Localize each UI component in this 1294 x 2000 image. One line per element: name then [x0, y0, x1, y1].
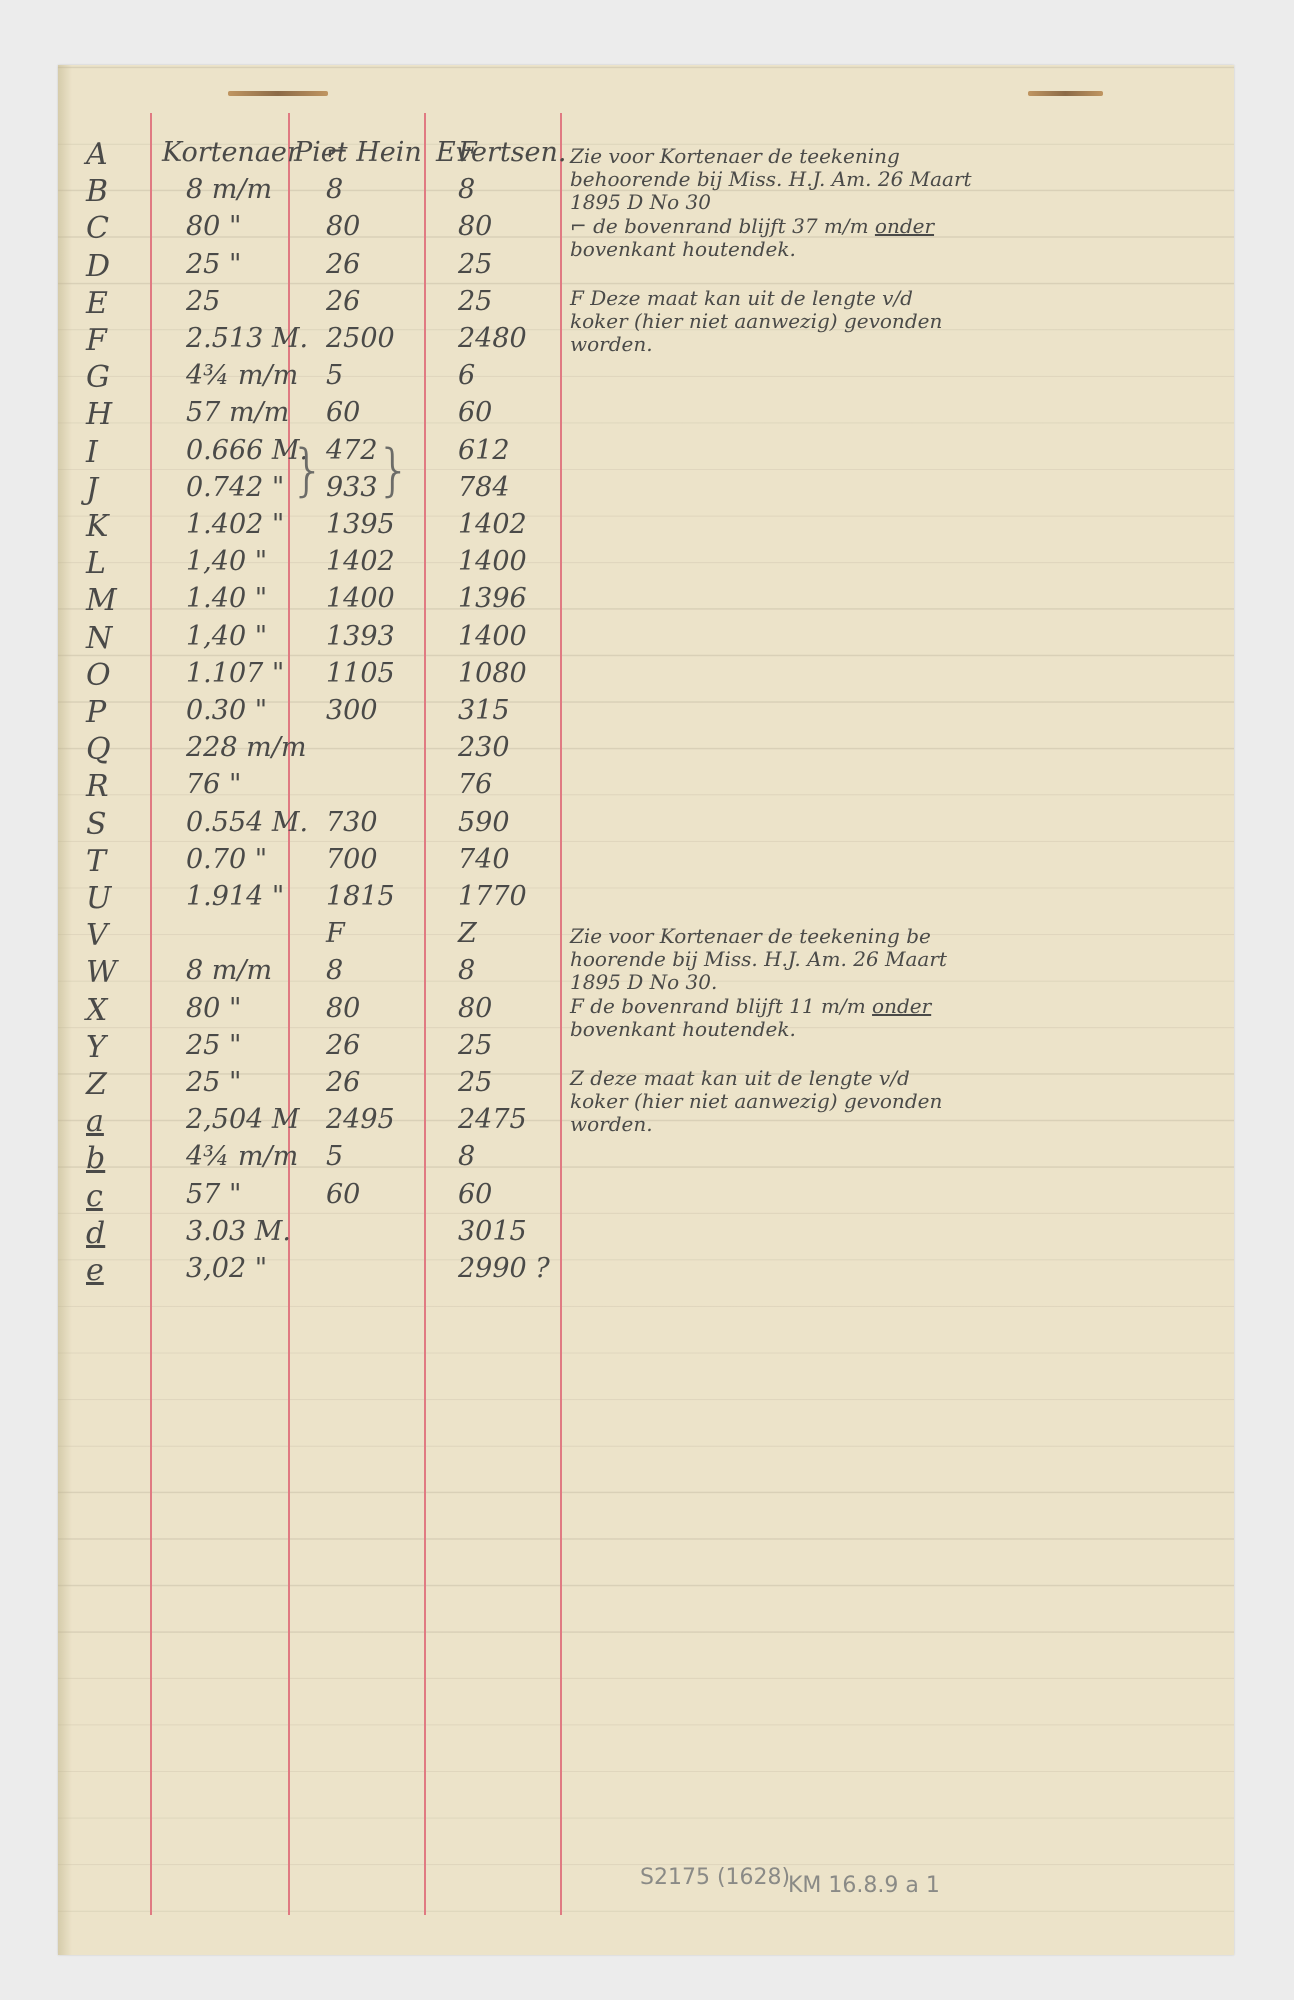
cell-evertsen: 784 — [458, 472, 510, 503]
cell-evertsen: 612 — [458, 435, 510, 466]
cell-evertsen: 1402 — [458, 509, 527, 540]
cell-piet-hein: 700 — [326, 844, 378, 875]
cell-piet-hein: ⌐ — [326, 137, 349, 168]
cell-piet-hein: 1395 — [326, 509, 395, 540]
cell-kortenaer: 80 " — [186, 993, 241, 1024]
cell-piet-hein: 2495 — [326, 1104, 395, 1135]
cell-evertsen: 2475 — [458, 1104, 527, 1135]
cell-kortenaer: 1.40 " — [186, 583, 267, 614]
note-line: F de bovenrand blijft 11 m/m — [570, 994, 872, 1018]
margin-note: Zie voor Kortenaer de teekeningbehoorend… — [570, 145, 972, 214]
cell-kortenaer: 57 m/m — [186, 397, 289, 428]
margin-note: ⌐ de bovenrand blijft 37 m/m onderbovenk… — [570, 215, 934, 261]
cell-piet-hein: 60 — [326, 1179, 360, 1210]
cell-piet-hein: 5 — [326, 360, 343, 391]
cell-kortenaer: 25 " — [186, 1030, 241, 1061]
cell-evertsen: 25 — [458, 1067, 492, 1098]
cell-kortenaer: 76 " — [186, 769, 241, 800]
note-line: bovenkant houtendek. — [570, 1018, 931, 1041]
note-line: koker (hier niet aanwezig) gevonden — [570, 1090, 942, 1113]
row-label: b — [86, 1141, 146, 1176]
row-label: V — [86, 918, 146, 953]
cell-kortenaer: 2.513 M. — [186, 323, 308, 354]
cell-evertsen: 80 — [458, 211, 492, 242]
cell-kortenaer: 4¾ m/m — [186, 360, 298, 391]
cell-kortenaer: 0.554 M. — [186, 807, 308, 838]
note-underlined-word: onder — [875, 214, 934, 238]
column-rule-1 — [150, 113, 152, 1915]
archive-ref-2: KM 16.8.9 a 1 — [788, 1873, 940, 1898]
row-label: S — [86, 807, 146, 842]
cell-piet-hein: 2500 — [326, 323, 395, 354]
note-line: 1895 D No 30 — [570, 191, 972, 214]
cell-kortenaer: 1.914 " — [186, 881, 284, 912]
cell-evertsen: 80 — [458, 993, 492, 1024]
cell-piet-hein: 1393 — [326, 621, 395, 652]
cell-piet-hein: 300 — [326, 695, 378, 726]
cell-piet-hein: 933 — [326, 472, 378, 503]
cell-evertsen: 60 — [458, 397, 492, 428]
cell-evertsen: 8 — [458, 955, 475, 986]
cell-piet-hein: 1402 — [326, 546, 395, 577]
row-label: M — [86, 583, 146, 618]
row-label: H — [86, 397, 146, 432]
margin-note: F de bovenrand blijft 11 m/m onderbovenk… — [570, 995, 931, 1041]
note-line: worden. — [570, 333, 942, 356]
cell-piet-hein: 1815 — [326, 881, 395, 912]
row-label: F — [86, 323, 146, 358]
cell-evertsen: 60 — [458, 1179, 492, 1210]
cell-kortenaer: 3,02 " — [186, 1253, 267, 1284]
cell-evertsen: 1770 — [458, 881, 527, 912]
cell-evertsen: 76 — [458, 769, 492, 800]
cell-piet-hein: F — [326, 918, 345, 949]
cell-piet-hein: 60 — [326, 397, 360, 428]
row-label: G — [86, 360, 146, 395]
row-label: B — [86, 174, 146, 209]
row-label: Z — [86, 1067, 146, 1102]
row-label: Y — [86, 1030, 146, 1065]
column-header-piet-hein: Piet Hein — [294, 137, 422, 168]
cell-evertsen: 8 — [458, 1141, 475, 1172]
bracket-piet-hein-ij: } — [376, 443, 412, 499]
cell-kortenaer: 80 " — [186, 211, 241, 242]
cell-piet-hein: 8 — [326, 174, 343, 205]
column-rule-3 — [424, 113, 426, 1915]
row-label: W — [86, 955, 146, 990]
cell-piet-hein: 472 — [326, 435, 378, 466]
row-label: E — [86, 286, 146, 321]
column-header-kortenaer: Kortenaer — [162, 137, 300, 168]
cell-evertsen: 25 — [458, 1030, 492, 1061]
cell-kortenaer: 0.742 " — [186, 472, 284, 503]
row-label: c — [86, 1179, 146, 1214]
cell-evertsen: Z — [458, 918, 477, 949]
cell-kortenaer: 2,504 M — [186, 1104, 300, 1135]
cell-piet-hein: 26 — [326, 249, 360, 280]
note-line: Z deze maat kan uit de lengte v/d — [570, 1066, 910, 1090]
cell-kortenaer: 8 m/m — [186, 955, 272, 986]
row-label: O — [86, 658, 146, 693]
note-underlined-word: onder — [872, 994, 931, 1018]
cell-evertsen: 25 — [458, 286, 492, 317]
row-label: P — [86, 695, 146, 730]
cell-evertsen: 590 — [458, 807, 510, 838]
row-label: A — [86, 137, 146, 172]
cell-kortenaer: 25 " — [186, 1067, 241, 1098]
row-label: I — [86, 435, 146, 470]
row-label: e — [86, 1253, 146, 1288]
cell-piet-hein: 80 — [326, 993, 360, 1024]
cell-kortenaer: 0.30 " — [186, 695, 267, 726]
note-line: Zie voor Kortenaer de teekening — [570, 144, 900, 168]
cell-evertsen: 315 — [458, 695, 510, 726]
cell-piet-hein: 26 — [326, 1067, 360, 1098]
note-line: Zie voor Kortenaer de teekening be — [570, 924, 931, 948]
row-label: R — [86, 769, 146, 804]
note-line: hoorende bij Miss. H.J. Am. 26 Maart — [570, 948, 947, 971]
cell-kortenaer: 1.107 " — [186, 658, 284, 689]
cell-piet-hein: 26 — [326, 286, 360, 317]
row-label: T — [86, 844, 146, 879]
cell-evertsen: 1080 — [458, 658, 527, 689]
row-label: K — [86, 509, 146, 544]
cell-kortenaer: 25 " — [186, 249, 241, 280]
note-line: 1895 D No 30. — [570, 971, 947, 994]
cell-evertsen: 740 — [458, 844, 510, 875]
margin-note: F Deze maat kan uit de lengte v/dkoker (… — [570, 287, 942, 356]
note-line: behoorende bij Miss. H.J. Am. 26 Maart — [570, 168, 972, 191]
cell-evertsen: 2990 ? — [458, 1253, 550, 1284]
cell-kortenaer: 1,40 " — [186, 621, 267, 652]
cell-kortenaer: 8 m/m — [186, 174, 272, 205]
cell-piet-hein: 730 — [326, 807, 378, 838]
cell-piet-hein: 26 — [326, 1030, 360, 1061]
cell-evertsen: 230 — [458, 732, 510, 763]
staple-mark-left — [228, 91, 328, 96]
cell-evertsen: 1400 — [458, 546, 527, 577]
row-label: Q — [86, 732, 146, 767]
staple-mark-right — [1028, 91, 1103, 96]
cell-evertsen: 1400 — [458, 621, 527, 652]
cell-evertsen: 6 — [458, 360, 475, 391]
cell-evertsen: 3015 — [458, 1216, 527, 1247]
cell-evertsen: 8 — [458, 174, 475, 205]
margin-note: Z deze maat kan uit de lengte v/dkoker (… — [570, 1067, 942, 1136]
column-header-evertsen: Evertsen. — [436, 137, 567, 168]
ledger-page: Kortenaer Piet Hein Evertsen. A⌐FB8 m/m8… — [58, 65, 1234, 1955]
row-label: X — [86, 993, 146, 1028]
cell-evertsen: F — [458, 137, 477, 168]
archive-ref-1: S2175 (1628) — [640, 1865, 790, 1890]
cell-kortenaer: 0.70 " — [186, 844, 267, 875]
cell-kortenaer: 1.402 " — [186, 509, 284, 540]
column-rule-4 — [560, 113, 562, 1915]
row-label: C — [86, 211, 146, 246]
row-label: D — [86, 249, 146, 284]
note-line: koker (hier niet aanwezig) gevonden — [570, 310, 942, 333]
row-label: J — [86, 472, 146, 507]
cell-piet-hein: 5 — [326, 1141, 343, 1172]
cell-piet-hein: 8 — [326, 955, 343, 986]
cell-kortenaer: 228 m/m — [186, 732, 306, 763]
row-label: N — [86, 621, 146, 656]
note-line: bovenkant houtendek. — [570, 238, 934, 261]
note-line: F Deze maat kan uit de lengte v/d — [570, 286, 913, 310]
cell-kortenaer: 3.03 M. — [186, 1216, 291, 1247]
cell-piet-hein: 1400 — [326, 583, 395, 614]
cell-kortenaer: 25 — [186, 286, 220, 317]
cell-evertsen: 1396 — [458, 583, 527, 614]
row-label: d — [86, 1216, 146, 1251]
cell-evertsen: 25 — [458, 249, 492, 280]
note-line: worden. — [570, 1113, 942, 1136]
cell-evertsen: 2480 — [458, 323, 527, 354]
cell-kortenaer: 57 " — [186, 1179, 241, 1210]
cell-piet-hein: 80 — [326, 211, 360, 242]
row-label: L — [86, 546, 146, 581]
row-label: U — [86, 881, 146, 916]
cell-kortenaer: 1,40 " — [186, 546, 267, 577]
row-label: a — [86, 1104, 146, 1139]
note-line: ⌐ de bovenrand blijft 37 m/m — [570, 214, 875, 238]
cell-piet-hein: 1105 — [326, 658, 395, 689]
cell-kortenaer: 4¾ m/m — [186, 1141, 298, 1172]
bracket-kortenaer-ij: } — [290, 443, 326, 499]
margin-note: Zie voor Kortenaer de teekening behooren… — [570, 925, 947, 994]
